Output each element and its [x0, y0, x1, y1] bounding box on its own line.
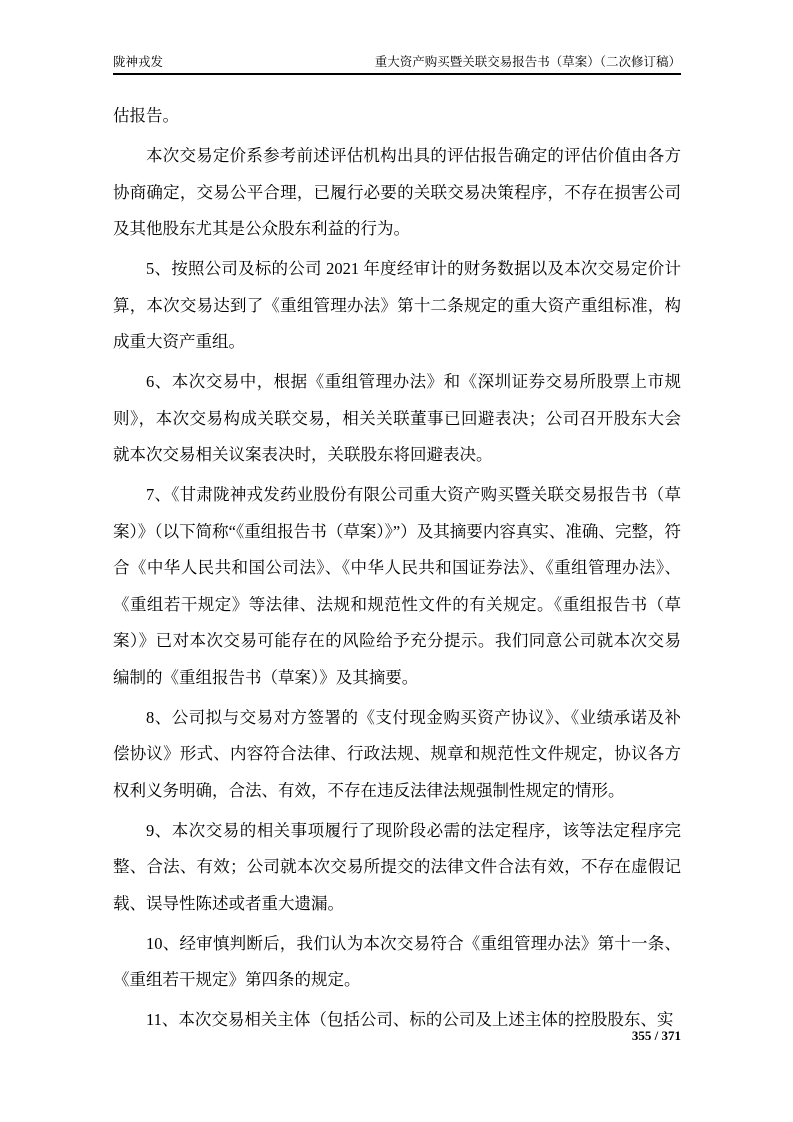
paragraph-pricing-fairness: 本次交易定价系参考前述评估机构出具的评估报告确定的评估价值由各方协商确定，交易公…	[113, 138, 681, 248]
paragraph-item-11: 11、本次交易相关主体（包括公司、标的公司及上述主体的控股股东、实	[113, 1002, 681, 1039]
paragraph-continuation: 估报告。	[113, 98, 681, 135]
page-header: 陇神戎发 重大资产购买暨关联交易报告书（草案）（二次修订稿）	[113, 54, 681, 75]
header-document-title: 重大资产购买暨关联交易报告书（草案）（二次修订稿）	[375, 54, 681, 70]
paragraph-item-6: 6、本次交易中，根据《重组管理办法》和《深圳证券交易所股票上市规则》，本次交易构…	[113, 364, 681, 474]
header-company-name: 陇神戎发	[113, 54, 163, 70]
document-body: 估报告。 本次交易定价系参考前述评估机构出具的评估报告确定的评估价值由各方协商确…	[113, 98, 681, 1042]
paragraph-item-8: 8、公司拟与交易对方签署的《支付现金购买资产协议》、《业绩承诺及补偿协议》形式、…	[113, 700, 681, 810]
paragraph-item-9: 9、本次交易的相关事项履行了现阶段必需的法定程序，该等法定程序完整、合法、有效；…	[113, 813, 681, 923]
paragraph-item-10: 10、经审慎判断后，我们认为本次交易符合《重组管理办法》第十一条、《重组若干规定…	[113, 926, 681, 999]
document-page: 陇神戎发 重大资产购买暨关联交易报告书（草案）（二次修订稿） 估报告。 本次交易…	[0, 0, 793, 1122]
page-number: 355 / 371	[632, 1028, 681, 1044]
paragraph-item-5: 5、按照公司及标的公司 2021 年度经审计的财务数据以及本次交易定价计算，本次…	[113, 251, 681, 361]
paragraph-item-7: 7、《甘肃陇神戎发药业股份有限公司重大资产购买暨关联交易报告书（草案）》（以下简…	[113, 477, 681, 696]
